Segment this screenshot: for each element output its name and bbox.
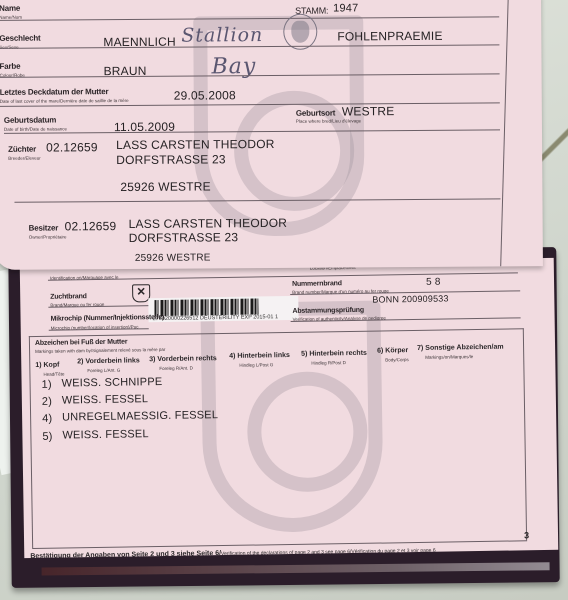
parentage-value: BONN 200909533 [372,293,449,304]
watermark-arc [246,371,368,493]
breeder-id: 02.12659 [46,140,98,154]
microchip-barcode-text: 276020000226512 DEUSTERILITY EXP 2015-01… [153,314,279,322]
microchip-label: Mikrochip (Nummer/Injektionsstelle) [51,314,165,323]
marking-number: 1) [42,379,52,391]
breeder-name: LASS CARSTEN THEODOR [116,137,275,152]
page-number: 3 [524,530,529,540]
breeder-city: 25926 WESTRE [120,179,211,194]
birth-place-value: WESTRE [342,104,395,118]
birth-place-sublabel: Place where bred/Lieu d'élevage [296,118,361,123]
passport-page-top: Name Name/Nom STAMM: 1947 Geschlecht Sex… [0,0,543,270]
marking-number: 5) [42,431,52,443]
birth-date-sublabel: Date of birth/Date de naissance [4,126,67,131]
breeder-street: DORFSTRASSE 23 [116,152,226,167]
owner-name: LASS CARSTEN THEODOR [129,216,288,231]
marking-number: 4) [42,413,52,425]
handwritten-sex: Stallion [181,24,263,47]
barcode-icon [154,298,258,316]
marking-text: WEISS. FESSEL [62,393,149,406]
column-head: 1) Kopf [35,362,59,369]
number-brand-label: Nummernbrand [292,280,342,288]
breeder-sublabel: Breeder/Eleveur [8,156,41,161]
column-hindleg-left: 4) Hinterbein links [229,352,290,360]
markings-header-sublabel: Markings taken with dam by/Signalement r… [35,347,165,354]
last-cover-label: Letztes Deckdatum der Mutter [0,87,108,97]
last-cover-value: 29.05.2008 [174,88,236,102]
birth-place-label: Geburtsort [296,109,335,118]
marking-text: WEISS. FESSEL [62,428,149,441]
column-foreleg-left: 2) Vorderbein links [77,357,140,365]
parentage-label: Abstammungsprüfung [292,307,364,315]
markings-header-label: Abzeichen bei Fuß der Mutter [35,339,128,347]
column-other-markings: 7) Sonstige Abzeichen/am [417,344,504,352]
passport-page-bottom: Identification on/Marquage avec le Locat… [20,258,559,558]
owner-city: 25926 WESTRE [135,252,211,264]
colour-label: Farbe [0,62,20,71]
owner-label: Besitzer [29,223,59,232]
owner-id: 02.12659 [65,219,117,233]
birth-date-label: Geburtsdatum [4,115,56,124]
column-hindleg-right: 5) Hinterbein rechts [301,350,367,358]
column-foreleg-right: 3) Vorderbein rechts [149,355,217,363]
last-cover-sublabel: Date of last cover of the mare/Dernière … [0,98,129,104]
breeder-label: Züchter [8,145,36,154]
premium-value: FOHLENPRAEMIE [337,29,442,44]
owner-street: DORFSTRASSE 23 [129,230,239,245]
brand-label: Zuchtbrand [50,293,87,301]
marking-text: WEISS. SCHNIPPE [61,376,162,390]
number-brand-value: 5 8 [426,277,441,288]
sex-label: Geschlecht [0,34,41,43]
name-label: Name [0,4,20,13]
marking-number: 2) [42,396,52,408]
official-stamp [283,14,317,50]
marking-text: UNREGELMAESSIG. FESSEL [62,409,218,423]
owner-sublabel: Owner/Propriétaire [29,234,67,239]
column-body: 6) Körper [377,347,408,354]
stamm-value: 1947 [333,2,358,14]
